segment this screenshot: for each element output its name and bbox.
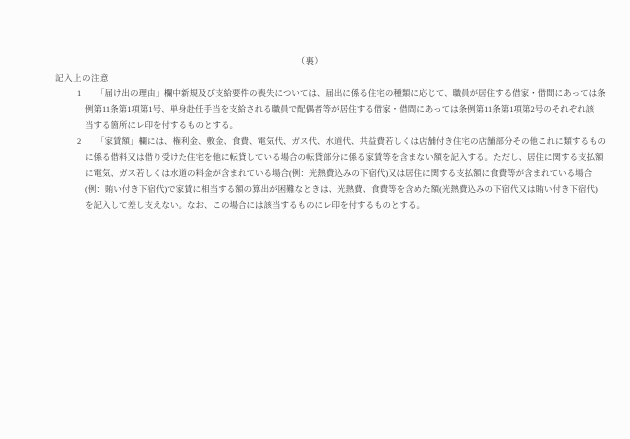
section-title: 記入上の注意 — [55, 72, 109, 84]
notes-list: 1「届け出の理由」欄中新規及び支給要件の喪失については、届出に係る住宅の種類に応… — [0, 85, 630, 213]
note-line-text: 例第11条第1項第1号、単身赴任手当を支給される職員で配偶者等が居住する借家・借… — [0, 101, 630, 117]
page-side-label: （裏） — [0, 55, 620, 67]
note-item-2: 2「家賃額」欄には、権利金、敷金、食費、電気代、ガス代、水道代、共益費若しくは店… — [0, 133, 630, 213]
note-line: 2「家賃額」欄には、権利金、敷金、食費、電気代、ガス代、水道代、共益費若しくは店… — [0, 133, 630, 149]
note-line: 1「届け出の理由」欄中新規及び支給要件の喪失については、届出に係る住宅の種類に応… — [0, 85, 630, 101]
note-line-text: 「届け出の理由」欄中新規及び支給要件の喪失については、届出に係る住宅の種類に応じ… — [96, 85, 606, 101]
note-item-1: 1「届け出の理由」欄中新規及び支給要件の喪失については、届出に係る住宅の種類に応… — [0, 85, 630, 133]
note-line-text: 「家賃額」欄には、権利金、敷金、食費、電気代、ガス代、水道代、共益費若しくは店舗… — [96, 133, 606, 149]
note-number: 1 — [77, 85, 96, 101]
note-line-text: を記入して差し支えない。なお、この場合には該当するものにレ印を付するものとする。 — [0, 197, 630, 213]
note-line-text: に係る借料又は借り受けた住宅を他に転貸している場合の転貸部分に係る家賃等を含まな… — [0, 149, 630, 165]
note-line-text: (例：賄い付き下宿代)で家賃に相当する額の算出が困難なときは、光熱費、食費等を含… — [0, 181, 630, 197]
note-line-text: に電気、ガス若しくは水道の料金が含まれている場合(例：光熱費込みの下宿代)又は居… — [0, 165, 630, 181]
note-number: 2 — [77, 133, 96, 149]
note-line-text: 当する箇所にレ印を付するものとする。 — [0, 117, 630, 133]
document-page: （裏） 記入上の注意 1「届け出の理由」欄中新規及び支給要件の喪失については、届… — [0, 0, 630, 439]
